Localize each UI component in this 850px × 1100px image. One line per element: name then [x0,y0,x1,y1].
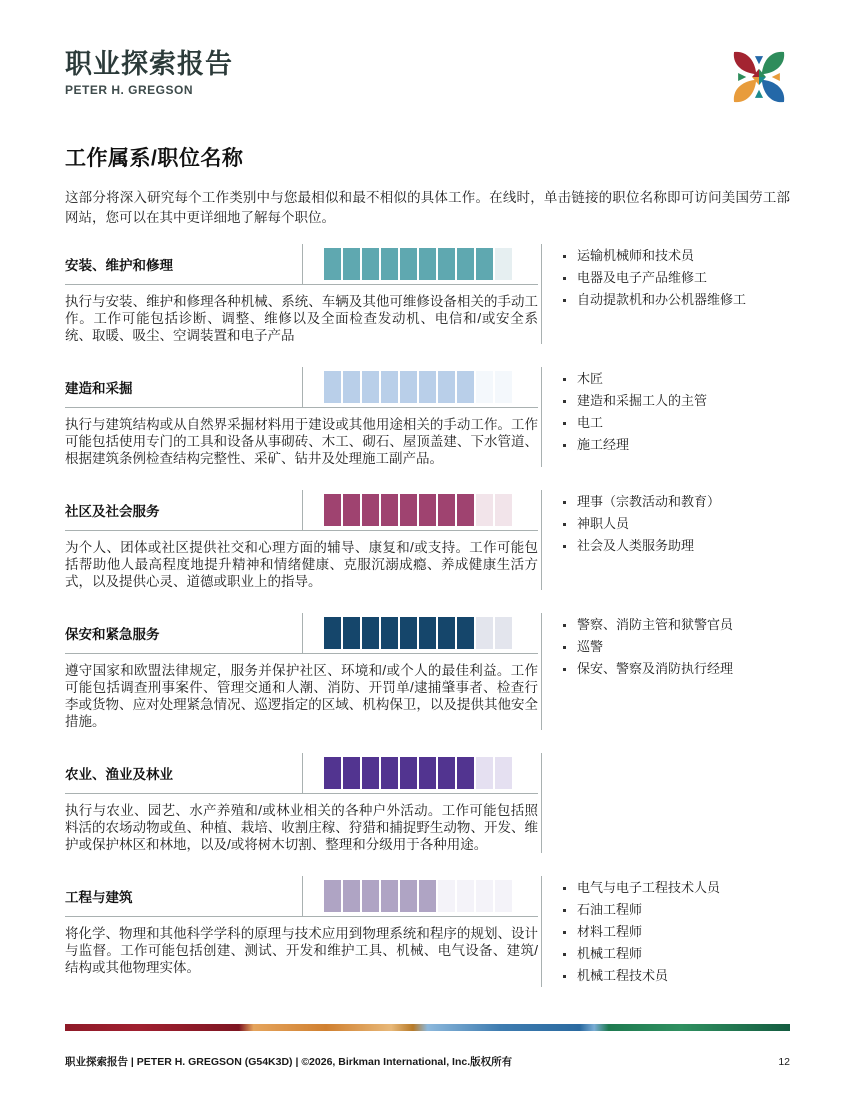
bar-segment-filled [419,757,436,789]
category-main: 保安和紧急服务 遵守国家和欧盟法律规定，服务并保护社区、环境和/或个人的最佳利益… [65,613,542,730]
category-label: 工程与建筑 [65,876,303,916]
bullet-icon [563,400,566,403]
job-title: 电器及电子产品维修工 [577,267,707,289]
category-block: 社区及社会服务 为个人、团体或社区提供社交和心理方面的辅导、康复和/或支持。工作… [65,490,790,590]
bullet-icon [563,668,566,671]
job-title: 机械工程技术员 [577,965,668,987]
job-title: 神职人员 [577,513,629,535]
bar-segment-filled [381,880,398,912]
job-title: 施工经理 [577,434,629,456]
category-description: 为个人、团体或社区提供社交和心理方面的辅导、康复和/或支持。工作可能包括帮助他人… [65,531,538,590]
bar-segment-filled [362,617,379,649]
bar-segment-filled [457,371,474,403]
category-label: 农业、渔业及林业 [65,753,303,793]
bar-segment-filled [476,248,493,280]
bar-segment-filled [381,617,398,649]
bar-segment-filled [381,248,398,280]
job-item: 运输机械师和技术员 [556,245,790,267]
bar-segment-filled [438,371,455,403]
job-item: 警察、消防主管和狱警官员 [556,614,790,636]
job-title: 保安、警察及消防执行经理 [577,658,733,680]
bar-segment-filled [324,617,341,649]
bar-segment-filled [362,371,379,403]
category-rating-bar [303,613,538,653]
bar-segment-empty [476,880,493,912]
bar-segment-filled [343,248,360,280]
bar-segment-empty [495,880,512,912]
job-title: 电气与电子工程技术人员 [577,877,720,899]
page-title: 工作属系/职位名称 [65,142,790,172]
job-item: 自动提款机和办公机器维修工 [556,289,790,311]
bullet-icon [563,523,566,526]
bullet-icon [563,646,566,649]
page-footer: 职业探索报告 | PETER H. GREGSON (G54K3D) | ©20… [65,1024,790,1069]
job-list: 电气与电子工程技术人员石油工程师材料工程师机械工程师机械工程技术员 [542,876,790,987]
bar-segment-filled [457,248,474,280]
job-list: 警察、消防主管和狱警官员巡警保安、警察及消防执行经理 [542,613,790,730]
bullet-icon [563,953,566,956]
bar-segment-filled [400,371,417,403]
bullet-icon [563,422,566,425]
job-title: 材料工程师 [577,921,642,943]
birkman-logo-icon [730,48,788,106]
page-number: 12 [778,1056,790,1068]
bar-segment-filled [343,757,360,789]
bar-segment-filled [362,880,379,912]
category-main: 安装、维护和修理 执行与安装、维护和修理各种机械、系统、车辆及其他可维修设备相关… [65,244,542,344]
job-title: 警察、消防主管和狱警官员 [577,614,733,636]
bar-segment-filled [381,371,398,403]
job-item: 电气与电子工程技术人员 [556,877,790,899]
report-header: 职业探索报告 PETER H. GREGSON [65,48,790,106]
bar-segment-filled [457,757,474,789]
bar-segment-empty [495,617,512,649]
bar-segment-empty [476,757,493,789]
bar-segment-empty [476,371,493,403]
bar-segment-empty [495,757,512,789]
job-item: 社会及人类服务助理 [556,535,790,557]
job-list: 理事（宗教活动和教育）神职人员社会及人类服务助理 [542,490,790,590]
report-header-text: 职业探索报告 PETER H. GREGSON [65,48,233,97]
bar-segment-filled [419,617,436,649]
footer-text: 职业探索报告 | PETER H. GREGSON (G54K3D) | ©20… [65,1054,512,1069]
bar-segment-filled [400,248,417,280]
bar-segment-filled [457,494,474,526]
job-title: 理事（宗教活动和教育） [577,491,720,513]
bar-segment-filled [324,494,341,526]
category-main: 工程与建筑 将化学、物理和其他科学学科的原理与技术应用到物理系统和程序的规划、设… [65,876,542,987]
bar-segment-filled [419,248,436,280]
category-main: 农业、渔业及林业 执行与农业、园艺、水产养殖和/或林业相关的各种户外活动。工作可… [65,753,542,853]
job-list: 运输机械师和技术员电器及电子产品维修工自动提款机和办公机器维修工 [542,244,790,344]
category-main: 社区及社会服务 为个人、团体或社区提供社交和心理方面的辅导、康复和/或支持。工作… [65,490,542,590]
bar-segment-filled [324,248,341,280]
category-header-row: 农业、渔业及林业 [65,753,538,794]
bullet-icon [563,545,566,548]
job-item: 材料工程师 [556,921,790,943]
report-page: 职业探索报告 PETER H. GREGSON 工作属系/职位名称 这部分将深入… [0,0,850,1100]
category-rating-bar [303,244,538,284]
job-title: 自动提款机和办公机器维修工 [577,289,746,311]
bar-segment-empty [495,248,512,280]
job-item: 电工 [556,412,790,434]
bar-segment-filled [324,371,341,403]
category-header-row: 建造和采掘 [65,367,538,408]
job-title: 电工 [577,412,603,434]
bar-segment-filled [343,880,360,912]
bar-segment-filled [362,248,379,280]
job-title: 运输机械师和技术员 [577,245,694,267]
job-item: 巡警 [556,636,790,658]
job-item: 木匠 [556,368,790,390]
category-header-row: 工程与建筑 [65,876,538,917]
bar-segment-filled [324,757,341,789]
bar-segment-filled [419,880,436,912]
category-description: 执行与农业、园艺、水产养殖和/或林业相关的各种户外活动。工作可能包括照料活的农场… [65,794,538,853]
job-item: 保安、警察及消防执行经理 [556,658,790,680]
category-block: 工程与建筑 将化学、物理和其他科学学科的原理与技术应用到物理系统和程序的规划、设… [65,876,790,987]
category-description: 执行与建筑结构或从自然界采掘材料用于建设或其他用途相关的手动工作。工作可能包括使… [65,408,538,467]
bar-segment-empty [495,494,512,526]
bullet-icon [563,909,566,912]
job-list: 木匠建造和采掘工人的主管电工施工经理 [542,367,790,467]
bar-segment-empty [438,880,455,912]
job-title: 机械工程师 [577,943,642,965]
bullet-icon [563,444,566,447]
category-label: 安装、维护和修理 [65,244,303,284]
job-item: 理事（宗教活动和教育） [556,491,790,513]
bullet-icon [563,887,566,890]
job-title: 建造和采掘工人的主管 [577,390,707,412]
bar-segment-filled [362,494,379,526]
bullet-icon [563,975,566,978]
bar-segment-filled [400,494,417,526]
category-rating-bar [303,490,538,530]
bar-segment-filled [343,617,360,649]
category-block: 建造和采掘 执行与建筑结构或从自然界采掘材料用于建设或其他用途相关的手动工作。工… [65,367,790,467]
category-header-row: 安装、维护和修理 [65,244,538,285]
report-title: 职业探索报告 [65,48,233,80]
job-title: 石油工程师 [577,899,642,921]
bar-segment-filled [400,880,417,912]
bar-segment-filled [419,494,436,526]
bullet-icon [563,299,566,302]
category-description: 执行与安装、维护和修理各种机械、系统、车辆及其他可维修设备相关的手动工作。工作可… [65,285,538,344]
bar-segment-filled [400,617,417,649]
bar-segment-filled [438,617,455,649]
bar-segment-empty [457,880,474,912]
bullet-icon [563,255,566,258]
category-description: 将化学、物理和其他科学学科的原理与技术应用到物理系统和程序的规划、设计与监督。工… [65,917,538,976]
bar-segment-filled [324,880,341,912]
bar-segment-filled [438,757,455,789]
bar-segment-filled [343,371,360,403]
job-item: 机械工程师 [556,943,790,965]
job-list [542,753,790,853]
category-header-row: 保安和紧急服务 [65,613,538,654]
bar-segment-filled [381,494,398,526]
bullet-icon [563,378,566,381]
bar-segment-filled [381,757,398,789]
category-block: 保安和紧急服务 遵守国家和欧盟法律规定，服务并保护社区、环境和/或个人的最佳利益… [65,613,790,730]
bar-segment-filled [400,757,417,789]
bar-segment-filled [457,617,474,649]
job-item: 电器及电子产品维修工 [556,267,790,289]
job-item: 机械工程技术员 [556,965,790,987]
bar-segment-filled [362,757,379,789]
bullet-icon [563,501,566,504]
bullet-icon [563,931,566,934]
bar-segment-empty [495,371,512,403]
category-label: 建造和采掘 [65,367,303,407]
section-intro: 这部分将深入研究每个工作类别中与您最相似和最不相似的具体工作。在线时，单击链接的… [65,188,790,228]
job-title: 社会及人类服务助理 [577,535,694,557]
job-item: 神职人员 [556,513,790,535]
bar-segment-filled [438,494,455,526]
category-label: 保安和紧急服务 [65,613,303,653]
job-item: 石油工程师 [556,899,790,921]
category-block: 安装、维护和修理 执行与安装、维护和修理各种机械、系统、车辆及其他可维修设备相关… [65,244,790,344]
category-main: 建造和采掘 执行与建筑结构或从自然界采掘材料用于建设或其他用途相关的手动工作。工… [65,367,542,467]
category-list: 安装、维护和修理 执行与安装、维护和修理各种机械、系统、车辆及其他可维修设备相关… [65,244,790,987]
job-item: 建造和采掘工人的主管 [556,390,790,412]
footer-color-strip [65,1024,790,1031]
footer-row: 职业探索报告 | PETER H. GREGSON (G54K3D) | ©20… [65,1054,790,1069]
bar-segment-filled [438,248,455,280]
category-rating-bar [303,753,538,793]
bar-segment-empty [476,494,493,526]
job-item: 施工经理 [556,434,790,456]
category-label: 社区及社会服务 [65,490,303,530]
category-header-row: 社区及社会服务 [65,490,538,531]
bar-segment-empty [476,617,493,649]
job-title: 木匠 [577,368,603,390]
category-rating-bar [303,367,538,407]
bar-segment-filled [343,494,360,526]
category-rating-bar [303,876,538,916]
bar-segment-filled [419,371,436,403]
report-subtitle: PETER H. GREGSON [65,83,233,97]
category-block: 农业、渔业及林业 执行与农业、园艺、水产养殖和/或林业相关的各种户外活动。工作可… [65,753,790,853]
bullet-icon [563,277,566,280]
category-description: 遵守国家和欧盟法律规定，服务并保护社区、环境和/或个人的最佳利益。工作可能包括调… [65,654,538,730]
job-title: 巡警 [577,636,603,658]
bullet-icon [563,624,566,627]
